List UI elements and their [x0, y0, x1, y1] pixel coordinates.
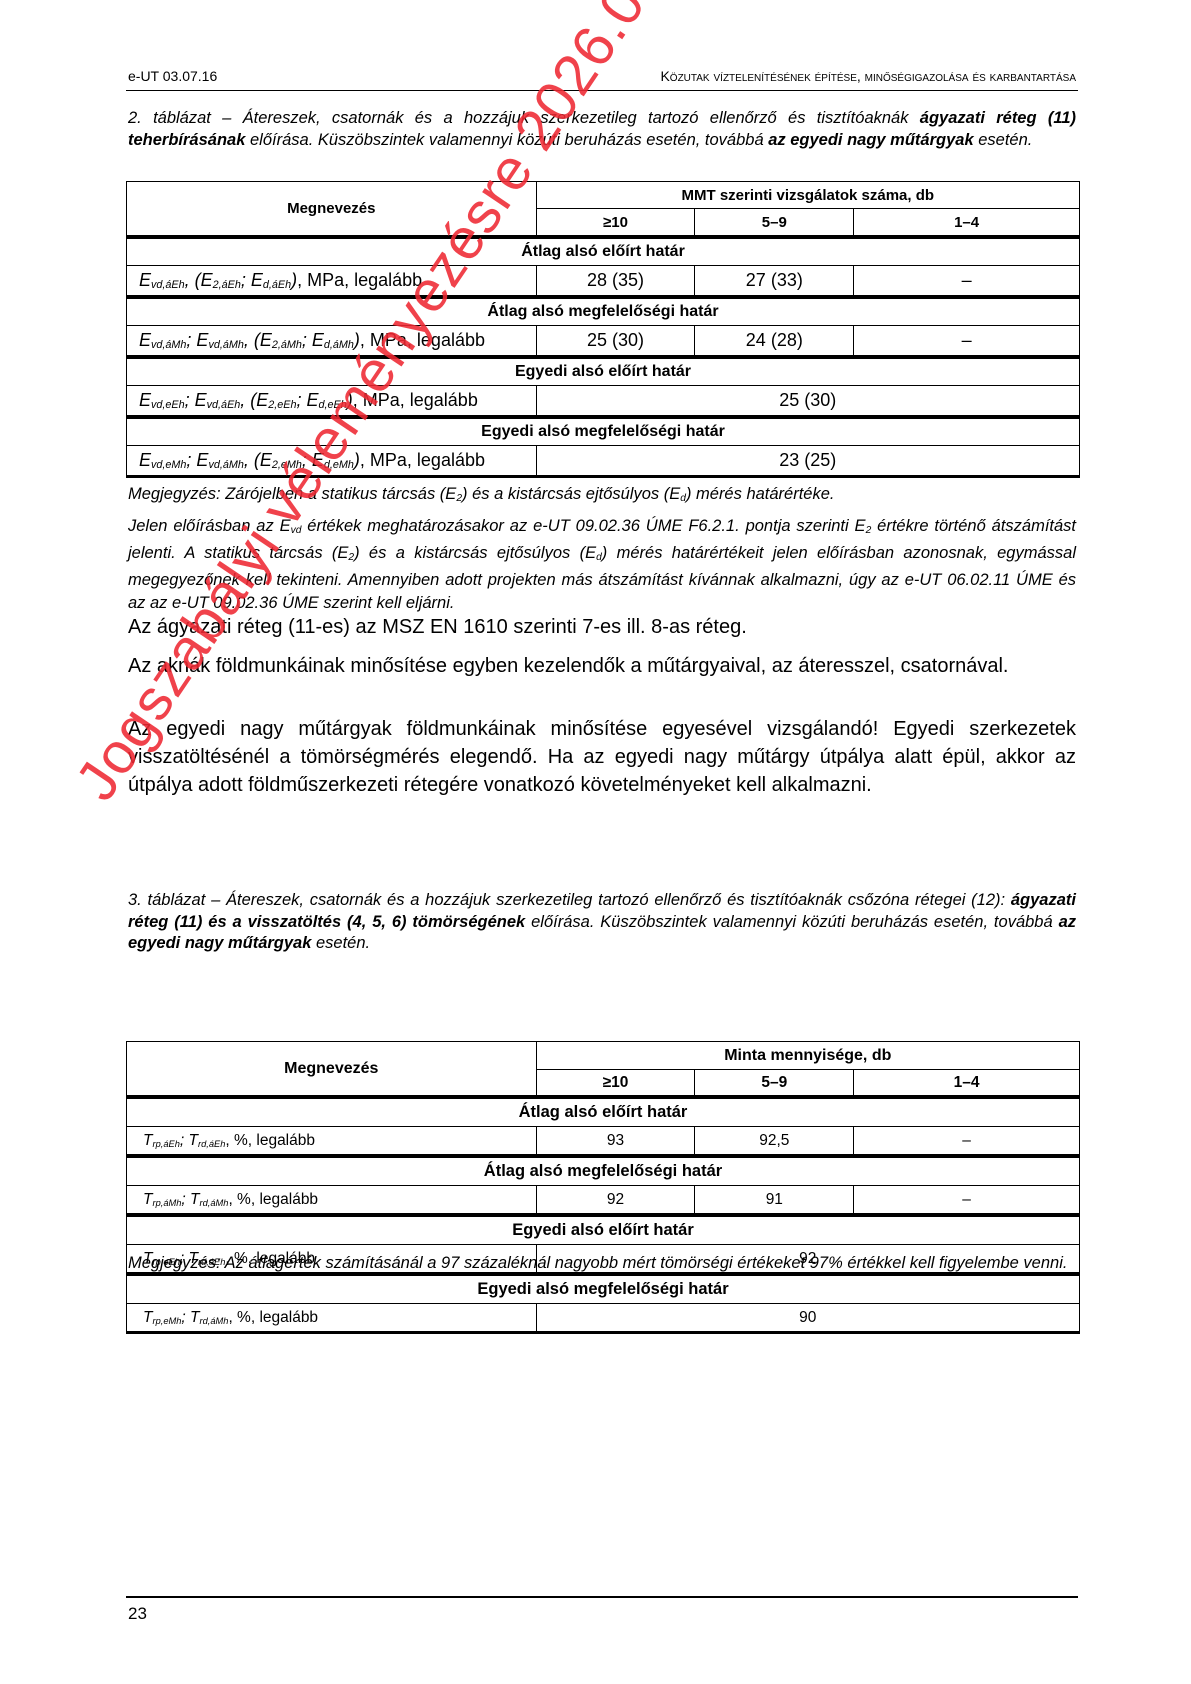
table-row: Evd,eEh; Evd,áEh, (E2,eEh; Ed,eEh), MPa,… [127, 386, 1080, 418]
section-title: Egyedi alsó előírt határ [127, 357, 1080, 386]
cell-value: 23 (25) [536, 446, 1079, 477]
row-label: Evd,eEh; Evd,áEh, (E2,eEh; Ed,eEh), MPa,… [127, 386, 537, 418]
row-label: Evd,áEh, (E2,áEh; Ed,áEh), MPa, legalább [127, 266, 537, 298]
running-header: e-UT 03.07.16 Közutak víztelenítésének é… [126, 66, 1078, 91]
cell-value: 93 [536, 1127, 695, 1157]
column-header-name: Megnevezés [127, 182, 537, 238]
table2-bearing-capacity: MegnevezésMMT szerinti vizsgálatok száma… [126, 181, 1080, 478]
paragraph-manholes: Az aknák földmunkáinak minősítése egyben… [128, 652, 1076, 680]
row-label: Trp,áMh; Trd,áMh, %, legalább [127, 1186, 537, 1216]
cell-value: 92,5 [695, 1127, 854, 1157]
table-row: Evd,áEh, (E2,áEh; Ed,áEh), MPa, legalább… [127, 266, 1080, 298]
column-header-1: ≥10 [536, 209, 695, 238]
section-row: Egyedi alsó megfelelőségi határ [127, 1274, 1080, 1304]
table-row: Evd,eMh; Evd,áMh, (E2,eMh; Ed,eMh), MPa,… [127, 446, 1080, 477]
cell-value: – [854, 1186, 1080, 1216]
row-label: Evd,áMh; Evd,áMh, (E2,áMh; Ed,áMh), MPa,… [127, 326, 537, 358]
cell-value: – [854, 326, 1080, 358]
row-label: Trp,eMh; Trd,áMh, %, legalább [127, 1304, 537, 1333]
page-number: 23 [128, 1604, 147, 1624]
column-header-3: 1–4 [854, 1070, 1080, 1098]
cell-value: 27 (33) [695, 266, 854, 298]
column-header-2: 5–9 [695, 1070, 854, 1098]
cell-value: 90 [536, 1304, 1079, 1333]
section-title: Egyedi alsó megfelelőségi határ [127, 417, 1080, 446]
row-label: Trp,áEh; Trd,áEh, %, legalább [127, 1127, 537, 1157]
footer-divider [126, 1596, 1078, 1598]
section-row: Egyedi alsó előírt határ [127, 1215, 1080, 1245]
cell-value: 24 (28) [695, 326, 854, 358]
table3-note: Megjegyzés: Az átlagérték számításánál a… [128, 1252, 1076, 1275]
cell-value: 25 (30) [536, 326, 695, 358]
section-row: Átlag alsó előírt határ [127, 1097, 1080, 1127]
column-header-3: 1–4 [854, 209, 1080, 238]
document-title: Közutak víztelenítésének építése, minősé… [660, 68, 1076, 84]
section-title: Átlag alsó előírt határ [127, 1097, 1080, 1127]
section-title: Átlag alsó megfelelőségi határ [127, 1156, 1080, 1186]
column-header-name: Megnevezés [127, 1042, 537, 1098]
paragraph-large-structures: Az egyedi nagy műtárgyak földmunkáinak m… [128, 715, 1076, 799]
row-label: Evd,eMh; Evd,áMh, (E2,eMh; Ed,eMh), MPa,… [127, 446, 537, 477]
section-row: Átlag alsó előírt határ [127, 237, 1080, 266]
section-row: Átlag alsó megfelelőségi határ [127, 297, 1080, 326]
cell-value: – [854, 266, 1080, 298]
header-row: MegnevezésMMT szerinti vizsgálatok száma… [127, 182, 1080, 209]
table3-caption: 3. táblázat – Átereszek, csatornák és a … [128, 890, 1076, 955]
column-group-header: Minta mennyisége, db [536, 1042, 1079, 1070]
table2-note-1: Megjegyzés: Zárójelben a statikus tárcsá… [128, 483, 1076, 510]
column-header-1: ≥10 [536, 1070, 695, 1098]
document-page: e-UT 03.07.16 Közutak víztelenítésének é… [0, 0, 1191, 1684]
section-title: Átlag alsó megfelelőségi határ [127, 297, 1080, 326]
table-row: Evd,áMh; Evd,áMh, (E2,áMh; Ed,áMh), MPa,… [127, 326, 1080, 358]
table2-note-2: Jelen előírásban az Evd értékek meghatár… [128, 515, 1076, 615]
table-row: Trp,eMh; Trd,áMh, %, legalább90 [127, 1304, 1080, 1333]
section-row: Egyedi alsó előírt határ [127, 357, 1080, 386]
section-title: Átlag alsó előírt határ [127, 237, 1080, 266]
table-row: Trp,áMh; Trd,áMh, %, legalább9291– [127, 1186, 1080, 1216]
column-group-header: MMT szerinti vizsgálatok száma, db [536, 182, 1079, 209]
section-row: Egyedi alsó megfelelőségi határ [127, 417, 1080, 446]
cell-value: – [854, 1127, 1080, 1157]
table-row: Trp,áEh; Trd,áEh, %, legalább9392,5– [127, 1127, 1080, 1157]
section-title: Egyedi alsó előírt határ [127, 1215, 1080, 1245]
cell-value: 28 (35) [536, 266, 695, 298]
section-row: Átlag alsó megfelelőségi határ [127, 1156, 1080, 1186]
paragraph-bedding-layer: Az ágyazati réteg (11-es) az MSZ EN 1610… [128, 613, 1076, 641]
cell-value: 91 [695, 1186, 854, 1216]
cell-value: 92 [536, 1186, 695, 1216]
column-header-2: 5–9 [695, 209, 854, 238]
document-code: e-UT 03.07.16 [128, 68, 217, 84]
table2-caption: 2. táblázat – Átereszek, csatornák és a … [128, 108, 1076, 151]
table3-compaction: MegnevezésMinta mennyisége, db≥105–91–4Á… [126, 1041, 1080, 1334]
header-row: MegnevezésMinta mennyisége, db [127, 1042, 1080, 1070]
cell-value: 25 (30) [536, 386, 1079, 418]
section-title: Egyedi alsó megfelelőségi határ [127, 1274, 1080, 1304]
